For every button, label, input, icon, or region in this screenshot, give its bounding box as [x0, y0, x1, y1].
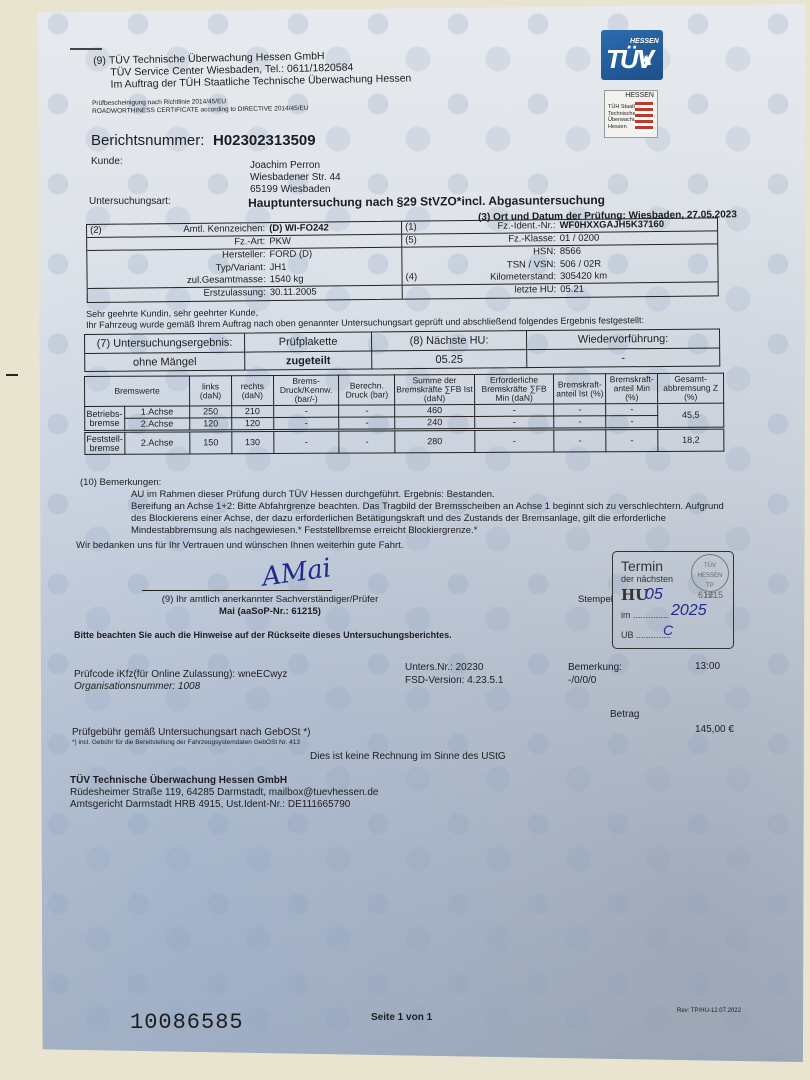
service-brake-label: Betriebs-bremse	[85, 406, 125, 430]
stamp-im: im ..............	[621, 610, 668, 620]
brake-header: Brems-Druck/Kennw. (bar/-)	[273, 375, 339, 405]
inspector-block: (9) Ihr amtlich anerkannter Sachverständ…	[145, 594, 395, 618]
remark-line: Mindestabbremsung als nachgewiesen.* Fes…	[131, 525, 731, 537]
stamp-label: Stempel	[578, 594, 613, 605]
brake-values-table: Bremswerte links (daN) rechts (daN) Brem…	[84, 373, 724, 455]
required-value: -	[474, 416, 554, 428]
fee-label: Prüfgebühr gemäß Untersuchungsart nach G…	[72, 727, 310, 738]
hole-punch-mark	[6, 374, 18, 376]
stamp-ub-handwritten: C	[663, 622, 673, 638]
remark-line: AU im Rahmen dieser Prüfung durch TÜV He…	[131, 489, 731, 501]
axle: 1.Achse	[124, 406, 190, 418]
customer-street: Wiesbadener Str. 44	[250, 172, 341, 184]
tuv-logo-subtext: HESSEN	[630, 38, 659, 45]
result-value: ohne Mängel	[85, 353, 245, 372]
amount-label: Betrag	[610, 709, 639, 720]
required-value: -	[474, 404, 554, 416]
vin-label: Fz.-Ident.-Nr.:	[402, 220, 560, 234]
calc-pressure-value: -	[339, 405, 395, 417]
bemerkung-label: Bemerkung:	[568, 661, 622, 674]
certificate-title: Prüfbescheinigung nach Richtlinie 2014/4…	[92, 97, 309, 116]
last-hu-value: 05.21	[560, 282, 718, 296]
pressure-value: -	[273, 431, 339, 453]
next-hu-stamp: Termin der nächsten HU 05 61215 im .....…	[612, 551, 734, 649]
parking-brake-label: Feststell-bremse	[85, 432, 125, 454]
share-ist-value: -	[554, 430, 606, 452]
re-inspection-header: Wiedervorführung:	[527, 329, 719, 350]
calc-pressure-value: -	[339, 417, 395, 429]
re-inspection-value: -	[527, 348, 719, 368]
left-value: 150	[190, 432, 232, 454]
unters-nr: Unters.Nr.: 20230	[405, 661, 503, 674]
issuer-header: (9) TÜV Technische Überwachung Hessen Gm…	[93, 48, 411, 91]
next-hu-header: (8) Nächste HU:	[372, 331, 527, 351]
parking-brake-total: 18,2	[658, 429, 724, 451]
field-number: (2)	[90, 225, 102, 236]
hessen-crest-icon	[635, 102, 653, 132]
sum-value: 280	[395, 430, 475, 452]
plate-label: Amtl. Kennzeichen:	[87, 223, 269, 237]
last-hu-label: letzte HU:	[403, 284, 561, 298]
sticker-header: Prüfplakette	[245, 332, 372, 352]
stamp-termin: Termin	[621, 558, 663, 574]
result-table: (7) Untersuchungsergebnis: Prüfplakette …	[84, 328, 720, 372]
fee-amount: 145,00 €	[695, 724, 734, 735]
brake-header: Summe der Bremskräfte ∑FB Ist (daN)	[395, 374, 475, 404]
stamp-next: der nächsten	[621, 574, 673, 584]
signature-line	[142, 590, 332, 591]
company-footer: TÜV Technische Überwachung Hessen GmbH R…	[70, 775, 378, 811]
vin-value: WF0HXXGAJH5K37160	[559, 218, 717, 232]
tuh-logo: HESSEN TÜH Staatliche Technische Überwac…	[604, 90, 658, 138]
first-registration-label: Erstzulassung:	[88, 287, 270, 301]
customer-name: Joachim Perron	[250, 160, 341, 172]
page-indicator: Seite 1 von 1	[371, 1012, 432, 1023]
tuv-hessen-logo: TÜV HESSEN ♞	[601, 30, 663, 80]
right-value: 210	[231, 406, 273, 418]
revision: Rev: TP/HU-12.07.2022	[677, 1008, 741, 1014]
fee-note: *) incl. Gebühr für die Bereitstellung d…	[72, 739, 300, 746]
bemerkung-value: -/0/0/0	[568, 674, 622, 687]
stamp-year: 2025	[671, 602, 707, 620]
tuh-logo-title: HESSEN	[625, 93, 654, 100]
brake-header: Bremskraft-anteil Min (%)	[606, 373, 658, 403]
footer-company: TÜV Technische Überwachung Hessen GmbH	[70, 775, 378, 787]
right-value: 120	[232, 418, 274, 430]
share-min-value: -	[606, 403, 658, 415]
inspector-caption: (9) Ihr amtlich anerkannter Sachverständ…	[145, 594, 395, 606]
brake-header: Gesamt-abbremsung Z (%)	[658, 373, 724, 403]
vehicle-class-value: 01 / 0200	[560, 231, 718, 245]
report-number: H02302313509	[213, 132, 316, 149]
no-invoice-note: Dies ist keine Rechnung im Sinne des USt…	[310, 751, 506, 762]
vehicle-type-label: Fz.-Art:	[87, 236, 269, 250]
sticker-value: zugeteilt	[245, 351, 372, 370]
calc-pressure-value: -	[339, 431, 395, 453]
vehicle-type-value: PKW	[269, 235, 401, 249]
pruefcode: Prüfcode iKfz(für Online Zulassung): wne…	[74, 669, 287, 681]
share-ist-value: -	[554, 404, 606, 416]
pruefcode-block: Prüfcode iKfz(für Online Zulassung): wne…	[74, 669, 287, 693]
pressure-value: -	[273, 405, 339, 417]
share-min-value: -	[606, 429, 658, 451]
mileage-label: Kilometerstand:	[403, 271, 561, 285]
field-number: (1)	[405, 222, 417, 233]
plate-value: (D) WI-FO242	[269, 222, 401, 236]
round-stamp-text: TÜV HESSEN	[692, 561, 728, 581]
result-header: (7) Untersuchungsergebnis:	[85, 334, 245, 354]
first-registration-value: 30.11.2005	[270, 286, 402, 300]
left-value: 250	[190, 406, 232, 418]
field-number: (5)	[405, 235, 417, 246]
field-number: (4)	[406, 272, 418, 283]
brake-header: Berechn. Druck (bar)	[339, 375, 395, 405]
stamp-month: 05	[645, 586, 663, 604]
round-stamp-text: TP	[692, 581, 728, 591]
left-value: 120	[190, 418, 232, 430]
footer-address: Rüdesheimer Straße 119, 64285 Darmstadt,…	[70, 787, 378, 799]
mass-label: zul.Gesamtmasse:	[88, 274, 270, 288]
remarks-text: AU im Rahmen dieser Prüfung durch TÜV He…	[131, 489, 731, 537]
axle: 2.Achse	[124, 432, 190, 454]
mileage-value: 305420 km	[560, 269, 718, 283]
brake-header: rechts (daN)	[231, 376, 273, 406]
brake-header: links (daN)	[190, 376, 232, 406]
required-value: -	[475, 430, 555, 452]
organisation-number: Organisationsnummer: 1008	[74, 681, 200, 692]
vehicle-class-label: Fz.-Klasse:	[402, 233, 560, 247]
vehicle-data-table: (2) Amtl. Kennzeichen:(D) WI-FO242 (1) F…	[86, 217, 719, 303]
brake-header: Bremskraft-anteil Ist (%)	[554, 374, 606, 404]
round-stamp-icon: TÜV HESSEN TP HE	[691, 554, 729, 592]
service-brake-total: 45,5	[658, 403, 724, 427]
fsd-version: FSD-Version: 4.23.5.1	[405, 674, 503, 687]
pressure-value: -	[273, 417, 339, 429]
inspection-time: 13:00	[695, 661, 720, 672]
table-row: Feststell-bremse 2.Achse 150 130 - - 280…	[85, 429, 724, 454]
lion-icon: ♞	[641, 52, 654, 69]
footer-register: Amtsgericht Darmstadt HRB 4915, Ust.Iden…	[70, 799, 378, 811]
round-stamp-text: HE	[692, 591, 728, 601]
customer-city: 65199 Wiesbaden	[250, 184, 341, 196]
brake-header: Erforderliche Bremskräfte ∑FB Min (daN)	[474, 374, 554, 404]
backside-notice: Bitte beachten Sie auch die Hinweise auf…	[74, 630, 452, 640]
report-number-label: Berichtsnummer:	[91, 132, 204, 149]
sum-value: 460	[395, 404, 475, 416]
sum-value: 240	[395, 416, 475, 428]
serial-number: 10086585	[130, 1010, 244, 1035]
remark-line: Bereifung an Achse 1+2: Bitte Abfahrgren…	[131, 501, 731, 513]
right-value: 130	[232, 432, 274, 454]
bemerkung-block: Bemerkung: -/0/0/0	[568, 661, 622, 687]
remarks-label: (10) Bemerkungen:	[80, 477, 161, 488]
remark-line: des Blockierens einer Achse, der dazu er…	[131, 513, 731, 525]
fold-mark	[70, 48, 102, 50]
share-min-value: -	[606, 415, 658, 427]
section-number: (9)	[93, 55, 106, 67]
next-hu-value: 05.25	[372, 350, 527, 369]
customer-label: Kunde:	[91, 156, 123, 167]
unters-block: Unters.Nr.: 20230 FSD-Version: 4.23.5.1	[405, 661, 503, 687]
thanks-text: Wir bedanken uns für Ihr Vertrauen und w…	[76, 540, 403, 551]
customer-address: Joachim Perron Wiesbadener Str. 44 65199…	[250, 160, 341, 196]
axle: 2.Achse	[124, 418, 190, 430]
inspector-name: Mai (aaSoP-Nr.: 61215)	[145, 606, 395, 618]
brake-header: Bremswerte	[85, 376, 190, 407]
mass-value: 1540 kg	[270, 273, 402, 287]
inspection-type-label: Untersuchungsart:	[89, 196, 171, 207]
share-ist-value: -	[554, 416, 606, 428]
